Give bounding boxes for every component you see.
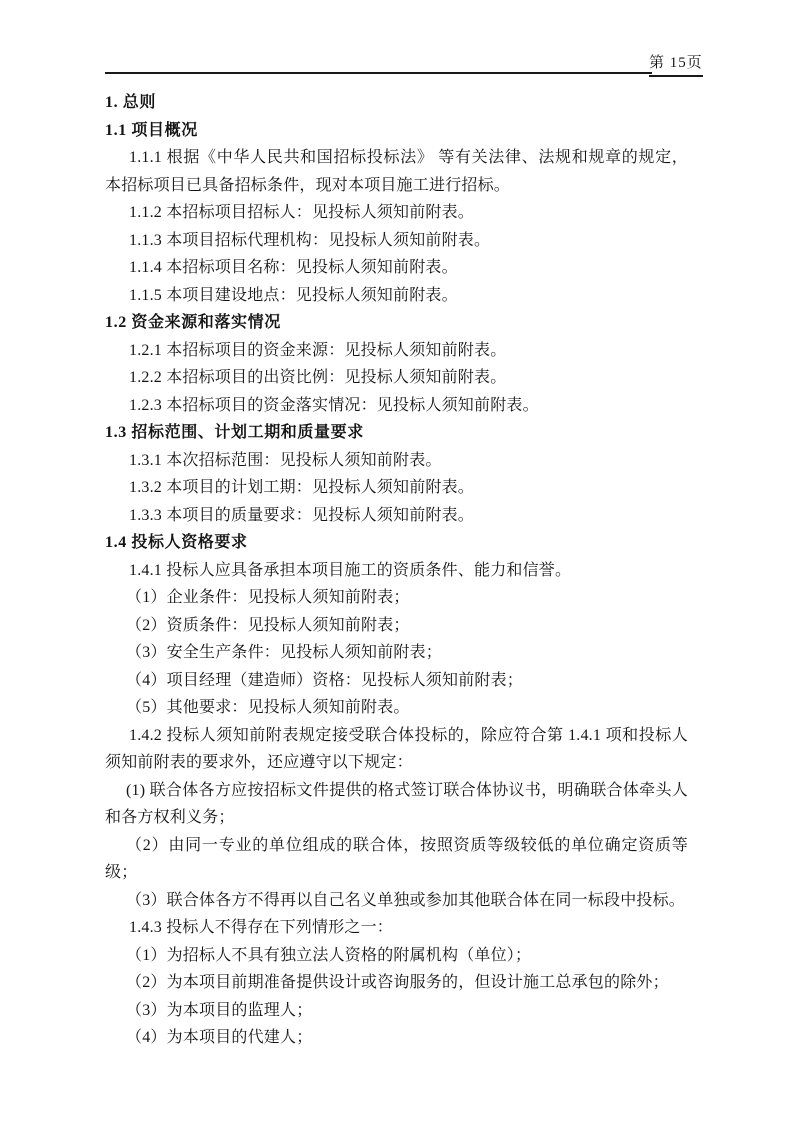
section-heading: 1. 总则 (105, 89, 688, 117)
subsection-heading: 1.3 招标范围、计划工期和质量要求 (105, 419, 688, 447)
subsection-heading: 1.1 项目概况 (105, 117, 688, 145)
paragraph: 1.2.3 本招标项目的资金落实情况：见投标人须知前附表。 (105, 392, 688, 420)
list-item: （2）为本项目前期准备提供设计或咨询服务的，但设计施工总承包的除外； (105, 969, 688, 997)
list-item: （1）为招标人不具有独立法人资格的附属机构（单位）； (105, 942, 688, 970)
paragraph: 1.1.3 本项目招标代理机构：见投标人须知前附表。 (105, 227, 688, 255)
paragraph: 1.3.2 本项目的计划工期：见投标人须知前附表。 (105, 474, 688, 502)
list-item: （3）安全生产条件：见投标人须知前附表； (105, 639, 688, 667)
list-item: （3）为本项目的监理人； (105, 997, 688, 1025)
paragraph: 1.1.4 本招标项目名称：见投标人须知前附表。 (105, 254, 688, 282)
paragraph: 1.4.1 投标人应具备承担本项目施工的资质条件、能力和信誉。 (105, 557, 688, 585)
page-number: 第 15页 (649, 51, 703, 77)
list-item: （2）由同一专业的单位组成的联合体，按照资质等级较低的单位确定资质等级； (105, 832, 688, 887)
paragraph: 1.2.1 本招标项目的资金来源：见投标人须知前附表。 (105, 337, 688, 365)
header-divider (105, 72, 652, 74)
paragraph: 1.4.3 投标人不得存在下列情形之一： (105, 914, 688, 942)
list-item: （1）企业条件：见投标人须知前附表； (105, 584, 688, 612)
subsection-heading: 1.2 资金来源和落实情况 (105, 309, 688, 337)
list-item: （4）项目经理（建造师）资格：见投标人须知前附表； (105, 667, 688, 695)
document-page: 第 15页 1. 总则1.1 项目概况1.1.1 根据《中华人民共和国招标投标法… (0, 0, 793, 1122)
list-item: （5）其他要求：见投标人须知前附表。 (105, 694, 688, 722)
document-content: 1. 总则1.1 项目概况1.1.1 根据《中华人民共和国招标投标法》 等有关法… (105, 89, 688, 1052)
paragraph: 1.1.5 本项目建设地点：见投标人须知前附表。 (105, 282, 688, 310)
paragraph: 1.1.2 本招标项目招标人：见投标人须知前附表。 (105, 199, 688, 227)
paragraph: 1.1.1 根据《中华人民共和国招标投标法》 等有关法律、法规和规章的规定，本招… (105, 144, 688, 199)
paragraph: 1.3.1 本次招标范围：见投标人须知前附表。 (105, 447, 688, 475)
paragraph: 1.2.2 本招标项目的出资比例：见投标人须知前附表。 (105, 364, 688, 392)
list-item: (1) 联合体各方应按招标文件提供的格式签订联合体协议书，明确联合体牵头人和各方… (105, 777, 688, 832)
list-item: （2）资质条件：见投标人须知前附表； (105, 612, 688, 640)
paragraph: 1.3.3 本项目的质量要求：见投标人须知前附表。 (105, 502, 688, 530)
list-item: （3）联合体各方不得再以自己名义单独或参加其他联合体在同一标段中投标。 (105, 887, 688, 915)
list-item: （4）为本项目的代建人； (105, 1024, 688, 1052)
paragraph: 1.4.2 投标人须知前附表规定接受联合体投标的，除应符合第 1.4.1 项和投… (105, 722, 688, 777)
subsection-heading: 1.4 投标人资格要求 (105, 529, 688, 557)
